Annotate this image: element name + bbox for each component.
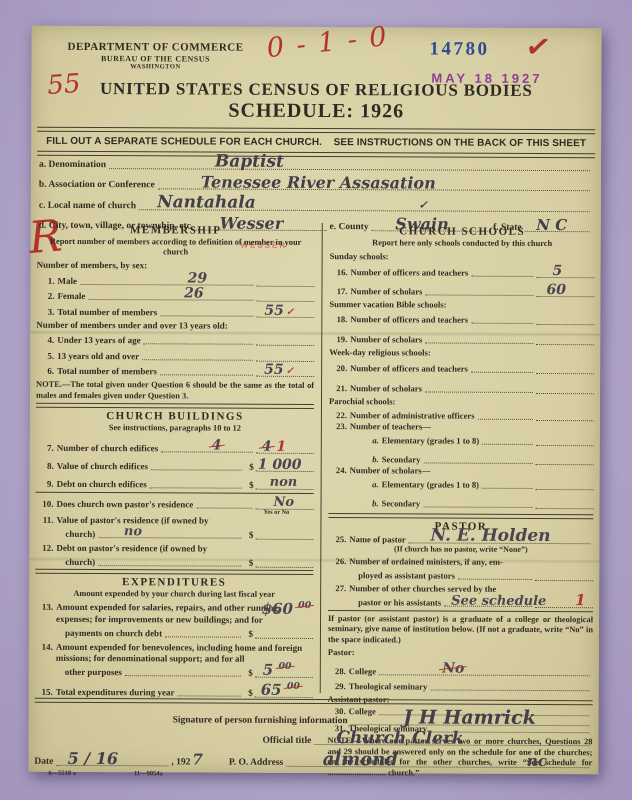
dotted-line: 4	[161, 438, 253, 453]
answer-box: No Yes or No	[256, 496, 314, 509]
handwritten-value: See schedule	[451, 594, 546, 607]
department-name: DEPARTMENT OF COMMERCE	[68, 41, 244, 54]
row-number: 2.	[36, 291, 54, 301]
form-row-25: 25. Name of pastor N. E. Holden	[328, 534, 593, 545]
section-title-membership: MEMBERSHIP	[37, 224, 315, 237]
group-label: Number of members, by sex:	[37, 260, 315, 271]
row-number: 28.	[328, 666, 346, 676]
row-label-tail: church)	[65, 529, 95, 539]
form-row-18: 18. Number of officers and teachers	[329, 311, 594, 325]
row-label: Secondary	[382, 454, 421, 464]
answer-box	[536, 381, 594, 394]
handwritten-value: 26	[184, 287, 204, 301]
rule	[36, 403, 314, 409]
dotted-line	[196, 507, 252, 508]
section-title-buildings: CHURCH BUILDINGS	[36, 410, 314, 423]
row-number: 20.	[329, 363, 347, 373]
form-row-3: 3. Total number of members 55✓	[36, 303, 314, 317]
row-number: 27.	[328, 583, 346, 594]
row-number: 26.	[328, 556, 346, 567]
row-number: 7.	[36, 443, 54, 453]
form-row-27-tail: pastor or his assistants See schedule 1	[328, 594, 593, 608]
section-subtitle: Report number of members according to de…	[48, 237, 304, 258]
group-label: Sunday schools:	[330, 251, 595, 262]
answer-box	[536, 361, 594, 374]
yes-or-no-hint: Yes or No	[263, 509, 289, 516]
row-label: Number of officers and teachers	[350, 363, 468, 374]
form-row-28: 28. College No	[328, 660, 593, 677]
dotted-line	[160, 315, 253, 316]
answer-box	[536, 452, 594, 465]
answer-box: non	[256, 477, 314, 490]
answer-box: 1	[535, 595, 593, 608]
row-label: Does church own pastor's residence	[57, 499, 194, 510]
row-label: Theological seminary	[349, 681, 428, 691]
dotted-line	[125, 675, 240, 677]
date-address-line: Date 5 / 16 , 192 7 P. O. Address almond…	[34, 752, 592, 769]
form-row-6: 6. Total number of members 55✓	[36, 363, 314, 377]
row-label: Number of church edifices	[57, 443, 158, 453]
row-label: Under 13 years of age	[57, 335, 140, 345]
dollar-sign: $	[248, 668, 253, 678]
rule	[37, 127, 595, 134]
row-label: 13 years old and over	[57, 351, 139, 361]
dotted-line: no	[98, 537, 241, 539]
rule	[36, 492, 314, 494]
handwritten-value: 60	[546, 283, 566, 297]
row-label-tail: church)	[65, 557, 95, 567]
row-label: Male	[57, 276, 77, 286]
row-number: 19.	[329, 334, 347, 344]
form-row-23a: a. Elementary (grades 1 to 8)	[329, 432, 594, 446]
row-label: Value of church edifices	[57, 461, 148, 471]
row-label: Number of teachers—	[350, 421, 431, 431]
form-row-26-tail: ployed as assistant pastors	[328, 567, 593, 581]
po-address-label: P. O. Address	[229, 758, 283, 768]
row-label: Debt on church edifices	[57, 479, 147, 489]
row-label: Name of pastor	[349, 534, 405, 544]
dotted-line	[471, 323, 533, 324]
answer-box	[256, 289, 314, 302]
field-label: b. Association or Conference	[39, 180, 155, 191]
form-row-19: 19. Number of scholars	[329, 331, 594, 345]
row-number: 25.	[328, 534, 346, 544]
row-label: Number of officers and teachers	[350, 314, 468, 325]
answer-box: 5 00	[255, 665, 313, 678]
row-label: Total number of members	[57, 307, 157, 317]
handwritten-value: 55✓	[264, 363, 294, 377]
row-number: a.	[369, 479, 379, 489]
row-number: b.	[369, 454, 379, 464]
dotted-line	[425, 294, 533, 295]
handwritten-red-code: 0 - 1 - 0	[265, 21, 390, 64]
form-row-13-tail: payments on church debt $	[35, 625, 313, 639]
answer-box: 4 1	[256, 441, 314, 454]
handwritten-value: Nantahala	[157, 194, 256, 211]
handwritten-value: Baptist	[215, 153, 284, 170]
membership-note: NOTE.—The total given under Question 6 s…	[36, 380, 314, 402]
dotted-line	[423, 506, 532, 507]
form-number-line: 6—5518 a 11—9054a	[48, 770, 592, 779]
dotted-line	[430, 689, 589, 691]
dotted-line: No	[379, 660, 590, 676]
answer-box: 60	[536, 284, 594, 297]
answer-box	[256, 348, 314, 361]
rule	[35, 569, 313, 575]
row-number: 4.	[36, 335, 54, 345]
graduate-instructions: If pastor (or assistant pastor) is a gra…	[328, 614, 593, 647]
dotted-line: Baptist	[109, 168, 590, 171]
date-label: Date	[34, 757, 53, 767]
row-number: 3.	[36, 306, 54, 316]
signature-label: Signature of person furnishing informati…	[173, 715, 348, 726]
dotted-line	[425, 343, 533, 344]
row-label: Number of administrative officers	[350, 410, 475, 421]
form-row-20: 20. Number of officers and teachers	[329, 360, 594, 374]
dotted-line	[165, 636, 240, 637]
row-label: Number of scholars	[350, 383, 422, 393]
form-row-23: 23. Number of teachers—	[329, 421, 594, 432]
group-label: Number of members under and over 13 year…	[36, 319, 314, 330]
row-label: Elementary (grades 1 to 8)	[382, 435, 479, 445]
dollar-sign: $	[248, 629, 253, 639]
form-body-columns: MEMBERSHIP Report number of members acco…	[35, 222, 595, 694]
row-number: 12.	[35, 543, 53, 554]
handwritten-value: No	[274, 496, 295, 509]
answer-box	[536, 496, 594, 509]
row-label: Elementary (grades 1 to 8)	[382, 479, 479, 489]
group-label: Week-day religious schools:	[329, 347, 594, 358]
answer-box	[255, 527, 313, 540]
row-number: 6.	[36, 366, 54, 376]
dotted-line: 26	[88, 299, 253, 301]
dollar-sign: $	[249, 530, 254, 540]
handwritten-po-address: almond	[323, 751, 398, 769]
row-number: 10.	[36, 499, 54, 509]
handwritten-value: $60 00	[262, 601, 312, 617]
dotted-line: Tenessee River Assasation	[158, 188, 590, 191]
dotted-line	[160, 374, 253, 375]
dotted-line: N. E. Holden	[409, 542, 591, 544]
row-number: 11.	[35, 515, 53, 526]
form-row-13: 13. Amount expended for salaries, repair…	[35, 602, 313, 626]
row-label-tail: payments on church debt	[65, 628, 162, 638]
dotted-line: J H Hamrick	[351, 724, 590, 726]
dotted-line: 5 / 16	[56, 765, 168, 766]
handwritten-date: 5 / 16	[68, 751, 118, 767]
form-row-1: 1. Male 29	[36, 272, 314, 286]
row-label: Number of scholars	[350, 286, 422, 296]
row-number: 29.	[328, 681, 346, 691]
row-label: College	[349, 666, 376, 676]
field-label: c. Local name of church	[39, 200, 136, 210]
handwritten-struck-value: No	[442, 661, 464, 675]
form-row-24b: b. Secondary	[329, 495, 594, 509]
row-number: 9.	[36, 479, 54, 489]
handwritten-value: 4 1	[262, 440, 286, 454]
form-row-12-tail: church) $	[35, 554, 313, 568]
handwritten-value: 5	[553, 264, 563, 278]
row-number: 17.	[329, 286, 347, 296]
left-column: MEMBERSHIP Report number of members acco…	[35, 222, 323, 693]
identity-fields: a. Denomination Baptist b. Association o…	[39, 149, 593, 233]
row-number: 13.	[35, 602, 53, 625]
dotted-line	[142, 359, 253, 360]
group-label: Parochial schools:	[329, 396, 594, 407]
answer-box	[536, 332, 594, 345]
form-row-22: 22. Number of administrative officers	[329, 407, 594, 421]
form-row-21: 21. Number of scholars	[329, 380, 594, 394]
year-printed: , 192	[171, 757, 190, 767]
handwritten-value: no	[124, 525, 142, 538]
dotted-line	[482, 487, 533, 488]
dollar-sign: $	[249, 462, 254, 472]
row-label: Number of other churches served by the	[349, 583, 496, 594]
form-row-7: 7. Number of church edifices 4 4 1	[36, 437, 314, 454]
form-row-29: 29. Theological seminary	[328, 681, 593, 692]
answer-box	[536, 408, 594, 421]
field-label: a. Denomination	[39, 159, 106, 169]
dotted-line	[482, 443, 533, 444]
rule	[35, 698, 593, 705]
answer-box	[256, 333, 314, 346]
handwritten-value: 29	[188, 271, 208, 285]
census-schedule-document: DEPARTMENT OF COMMERCE BUREAU OF THE CEN…	[28, 26, 601, 774]
dotted-line: 29	[80, 284, 254, 286]
row-label-tail: pastor or his assistants	[358, 597, 441, 607]
row-hint: (If church has no pastor, write “None”)	[328, 544, 593, 554]
form-row-24: 24. Number of scholars—	[329, 465, 594, 476]
group-label: Pastor:	[328, 647, 593, 658]
answer-box	[256, 273, 314, 286]
form-row-5: 5. 13 years old and over	[36, 347, 314, 361]
red-checkmark-small: ✓	[419, 199, 428, 210]
dotted-line	[471, 371, 533, 372]
row-number: 21.	[329, 383, 347, 393]
dotted-line	[151, 470, 241, 471]
field-denomination: a. Denomination Baptist	[39, 155, 593, 171]
dollar-sign: $	[249, 558, 254, 568]
row-number: 18.	[329, 314, 347, 324]
rule	[328, 513, 593, 519]
form-row-2: 2. Female 26	[36, 288, 314, 302]
row-label: Female	[57, 291, 85, 301]
form-row-11-tail: church) no $	[35, 526, 313, 540]
red-checkmark: ✓	[523, 28, 554, 67]
office-name: WASHINGTON	[67, 63, 243, 71]
group-label: Summer vacation Bible schools:	[329, 299, 594, 310]
dotted-line: Nantahala ✓	[139, 209, 590, 212]
answer-box: 55✓	[256, 364, 314, 377]
form-schedule-title: SCHEDULE: 1926	[31, 99, 601, 124]
answer-box	[536, 477, 594, 490]
handwritten-struck-value: 4	[212, 439, 222, 453]
section-subtitle: Report here only schools conducted by th…	[330, 238, 595, 249]
form-row-10: 10. Does church own pastor's residence N…	[36, 496, 314, 510]
row-label: Number of scholars—	[350, 465, 431, 475]
answer-box	[255, 626, 313, 639]
row-label: Total number of members	[57, 366, 157, 376]
row-number: 5.	[36, 350, 54, 360]
handwritten-signature: J H Hamrick	[403, 708, 536, 728]
answer-box: 55✓	[256, 304, 314, 317]
row-label: Number of ordained ministers, if any, em…	[349, 556, 503, 567]
form-row-14-tail: other purposes $ 5 00	[35, 664, 313, 678]
dotted-line	[478, 418, 533, 419]
form-number: 11—9054a	[134, 770, 163, 777]
handwritten-title: Church Clerk	[336, 730, 463, 748]
signature-block: Signature of person furnishing informati…	[34, 696, 592, 779]
handwritten-po-state: nc	[527, 754, 547, 769]
section-title-schools: CHURCH SCHOOLS	[330, 225, 595, 238]
serial-number-stamp: 14780	[429, 38, 489, 60]
rule	[328, 610, 593, 612]
form-row-8: 8. Value of church edifices $ 1 000	[36, 458, 314, 472]
answer-box	[535, 568, 593, 581]
row-number: 24.	[329, 465, 347, 475]
handwritten-value: 5 00	[263, 662, 292, 678]
handwritten-value: Tenessee River Assasation	[201, 175, 436, 192]
section-subtitle: Amount expended by your church during la…	[35, 589, 313, 600]
row-number: b.	[369, 498, 379, 508]
section-title-expenditures: EXPENDITURES	[35, 576, 313, 589]
dotted-line: almond nc	[286, 766, 589, 768]
form-row-23b: b. Secondary	[329, 451, 594, 465]
row-label-tail: other purposes	[65, 667, 122, 677]
form-row-9: 9. Debt on church edifices $ non	[36, 476, 314, 490]
row-label: Number of scholars	[350, 334, 422, 344]
agency-block: DEPARTMENT OF COMMERCE BUREAU OF THE CEN…	[67, 41, 243, 71]
answer-box: 1 000	[256, 459, 314, 472]
official-title-label: Official title	[262, 736, 311, 746]
form-row-24a: a. Elementary (grades 1 to 8)	[329, 476, 594, 490]
row-label: Debt on pastor's residence (if owned by	[56, 543, 207, 555]
field-association: b. Association or Conference Tenessee Ri…	[39, 176, 593, 192]
handwritten-red-value: 1	[575, 593, 586, 608]
dotted-line: See schedule	[444, 605, 532, 606]
dotted-line	[423, 462, 532, 463]
form-title: UNITED STATES CENSUS OF RELIGIOUS BODIES	[31, 79, 601, 101]
form-row-16: 16. Number of officers and teachers 5	[330, 264, 595, 278]
answer-box	[536, 312, 594, 325]
answer-box	[255, 555, 313, 568]
answer-box	[536, 433, 594, 446]
field-local-name: c. Local name of church Nantahala ✓	[39, 196, 593, 212]
row-number: 1.	[36, 275, 54, 285]
handwritten-value: N. E. Holden	[430, 528, 550, 546]
form-row-4: 4. Under 13 years of age	[36, 332, 314, 346]
row-label: Secondary	[382, 498, 421, 508]
form-row-17: 17. Number of scholars 60	[329, 283, 594, 297]
row-label-tail: ployed as assistant pastors	[358, 570, 455, 580]
handwritten-value: 55✓	[264, 303, 294, 317]
row-number: 22.	[329, 410, 347, 420]
row-label: Number of officers and teachers	[351, 267, 469, 278]
handwritten-value: non	[270, 476, 298, 489]
row-number: 16.	[330, 267, 348, 277]
section-subtitle: See instructions, paragraphs 10 to 12	[36, 423, 314, 434]
row-number: 14.	[35, 642, 53, 665]
right-column: CHURCH SCHOOLS Report here only schools …	[321, 223, 595, 694]
dotted-line	[144, 343, 254, 344]
official-title-line: Official title Church Clerk	[262, 731, 592, 747]
row-number: 8.	[36, 461, 54, 471]
dotted-line	[98, 565, 241, 567]
form-number: 6—5518 a	[48, 770, 76, 777]
row-number: a.	[369, 435, 379, 445]
dotted-line	[458, 578, 532, 579]
dotted-line	[425, 391, 533, 392]
dotted-line	[150, 488, 241, 489]
signature-line: Signature of person furnishing informati…	[173, 710, 593, 727]
answer-box: 5	[537, 265, 595, 278]
dotted-line	[471, 275, 533, 276]
row-number: 23.	[329, 421, 347, 431]
handwritten-value: 1 000	[258, 458, 302, 472]
handwritten-year: 7	[192, 752, 203, 767]
dollar-sign: $	[249, 480, 254, 490]
dotted-line: Church Clerk	[314, 744, 589, 746]
